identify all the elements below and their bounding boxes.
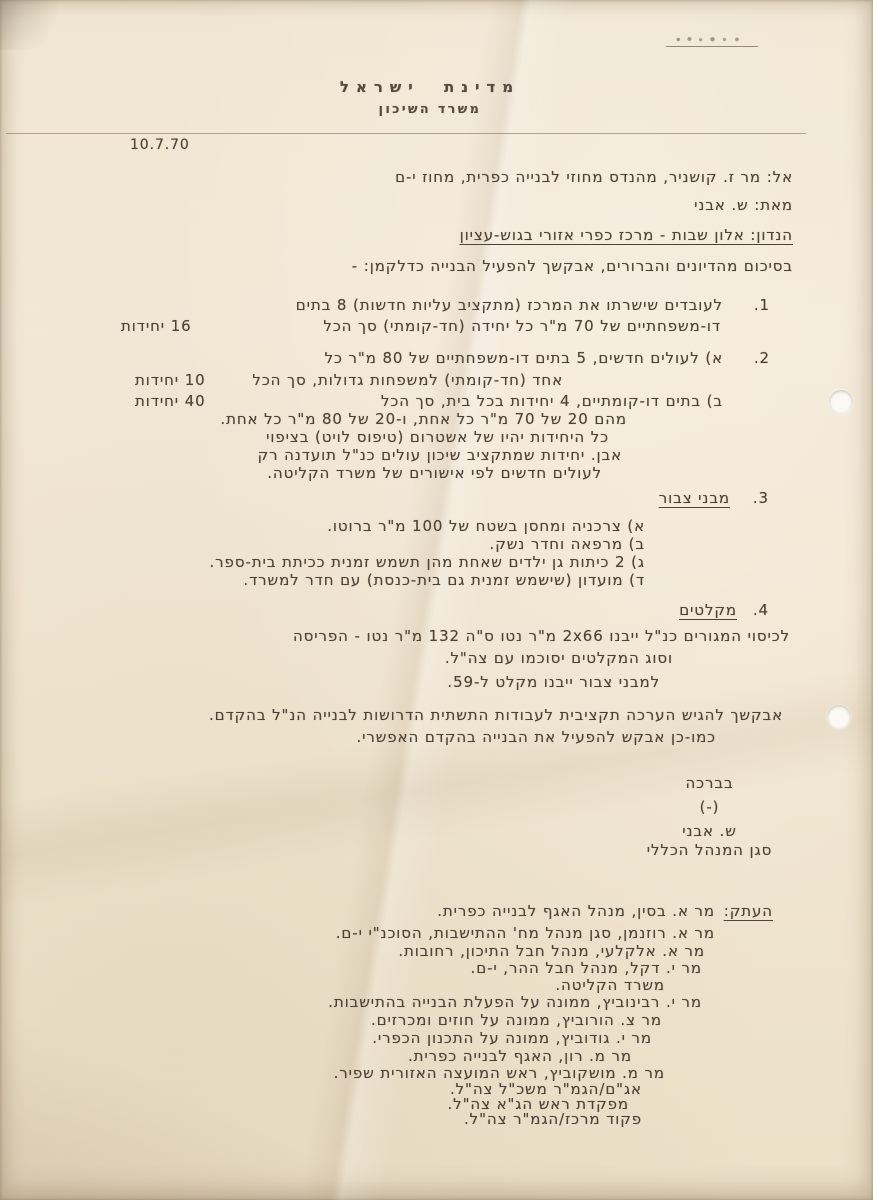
punch-hole-top (829, 390, 853, 414)
item-2-note-2: אבן. יחידות שמתקציב שיכון עולים כנ"ל תוע… (258, 446, 622, 464)
signature-greeting: בברכה (622, 774, 797, 792)
item-4-number: 4. (753, 601, 769, 619)
closing-line-1: אבקשך להגיש הערכה תקציבית לעבודות התשתית… (209, 706, 783, 724)
sender-line: מאת: ש. אבני (694, 196, 793, 214)
signature-initials: (-) (622, 798, 797, 816)
copy-recipient: מר צ. הורוביץ, ממונה על חוזים ומכרזים. (371, 1011, 662, 1029)
item-3-sub-a: א) צרכניה ומחסן בשטח של 100 מ"ר ברוטו. (327, 517, 645, 535)
signature-title: סגן המנהל הכללי (622, 841, 797, 859)
item-2b-line-2: מהם 20 של 70 מ"ר כל אחת, ו-20 של 80 מ"ר … (220, 410, 627, 428)
item-2a-line-1: א) לעולים חדשים, 5 בתים דו-משפחתיים של 8… (325, 349, 723, 367)
to-label: אל: (767, 168, 793, 186)
closing-line-2: כמו-כן אבקש להפעיל את הבנייה בהקדם האפשר… (356, 728, 716, 746)
item-2-note-1: כל היחידות יהיו של אשטרום (טיפוס לויט) ב… (266, 428, 609, 446)
item-2b-total-units: 40 יחידות (135, 392, 206, 410)
copy-recipient: מר א. אלקלעי, מנהל חבל התיכון, רחובות. (398, 942, 705, 960)
copy-recipient: מר א. רוזנמן, סגן מנהל מח' ההתישבות, הסו… (336, 924, 715, 942)
from-text: ש. אבני (694, 196, 749, 214)
item-2-note-3: לעולים חדשים לפי אישורים של משרד הקליטה. (267, 464, 602, 482)
from-label: מאת: (754, 196, 793, 214)
signature-name: ש. אבני (622, 822, 797, 840)
copy-recipient: מר א. בסין, מנהל האגף לבנייה כפרית. (437, 902, 715, 920)
item-4-line-3: למבני צבור ייבנו מקלט ל-59. (447, 673, 660, 691)
scanned-letter-page: מדינת ישראל משרד השיכון 10.7.70 אל: מר ז… (0, 0, 873, 1200)
recipient-line: אל: מר ז. קושניר, מהנדס מחוזי לבנייה כפר… (395, 168, 793, 186)
item-2b-line-1: ב) בתים דו-קומתיים, 4 יחידות בכל בית, סך… (381, 392, 723, 410)
letterhead-divider (6, 133, 806, 134)
item-3-title: מבני צבור (659, 489, 730, 507)
date: 10.7.70 (130, 137, 190, 153)
item-2a-total-units: 10 יחידות (135, 371, 206, 389)
copies-label: העתק: (724, 902, 773, 920)
copy-recipient: מר י. דקל, מנהל חבל ההר, י-ם. (471, 959, 702, 977)
copy-recipient: משרד הקליטה. (555, 976, 665, 994)
item-1-number: 1. (754, 296, 770, 314)
subject-label: הנדון: (750, 226, 793, 244)
item-1-line-2: דו-משפחתיים של 70 מ"ר כל יחידה (חד-קומתי… (323, 317, 721, 335)
to-text: מר ז. קושניר, מהנדס מחוזי לבנייה כפרית, … (395, 168, 761, 186)
item-3-sub-b: ב) מרפאה וחדר נשק. (490, 535, 645, 553)
illegible-annotation-mark (666, 33, 758, 47)
item-3-number: 3. (753, 489, 769, 507)
item-2a-line-2: אחד (חד-קומתי) למשפחות גדולות, סך הכל (252, 371, 563, 389)
scan-corner-shadow (0, 0, 70, 50)
item-4-line-1: לכיסוי המגורים כנ"ל ייבנו 2x66 מ"ר נטו ס… (293, 627, 790, 645)
letterhead-state-name: מדינת ישראל (0, 78, 860, 96)
item-1-line-1: לעובדים שישרתו את המרכז (מתקציב עליות חד… (296, 296, 723, 314)
item-3-sub-d: ד) מועדון (שישמש זמנית גם בית-כנסת) עם ח… (243, 571, 645, 589)
item-3-sub-c: ג) 2 כיתות גן ילדים שאחת מהן תשמש זמנית … (210, 553, 645, 571)
punch-hole-bottom (827, 705, 851, 729)
item-2-number: 2. (754, 349, 770, 367)
copy-recipient: פקוד מרכז/הגמ"ר צה"ל. (464, 1110, 642, 1128)
item-4-title: מקלטים (679, 601, 737, 619)
subject-line: הנדון: אלון שבות - מרכז כפרי אזורי בגוש-… (460, 226, 793, 244)
item-4-line-2: וסוג המקלטים יסוכמו עם צה"ל. (445, 649, 673, 667)
subject-text: אלון שבות - מרכז כפרי אזורי בגוש-עציון (460, 226, 745, 244)
copy-recipient: מר י. גודוביץ, ממונה על התכנון הכפרי. (372, 1029, 652, 1047)
intro-line: בסיכום מהדיונים והברורים, אבקשך להפעיל ה… (352, 257, 793, 275)
item-1-total-units: 16 יחידות (121, 317, 192, 335)
copy-recipient: מר י. רבינוביץ, ממונה על הפעלת הבנייה בה… (328, 993, 702, 1011)
copy-recipient: מר מ. רון, האגף לבנייה כפרית. (408, 1047, 632, 1065)
letterhead-ministry-name: משרד השיכון (0, 101, 860, 116)
